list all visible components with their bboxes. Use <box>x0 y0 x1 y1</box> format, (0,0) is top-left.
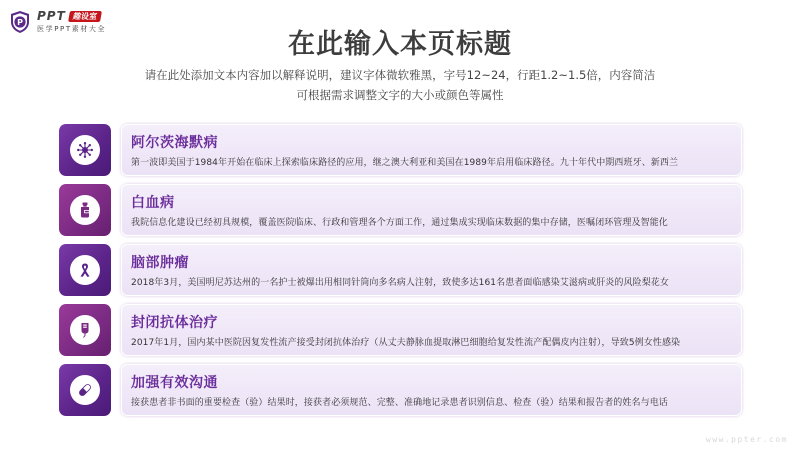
item-card: 白血病 我院信息化建设已经初具规模，覆盖医院临床、行政和管理各个方面工作，通过集… <box>121 184 742 236</box>
medicine-bottle-icon <box>76 201 94 219</box>
item-title: 加强有效沟通 <box>131 372 218 392</box>
page-subtitle: 请在此处添加文本内容加以解释说明，建议字体微软雅黑，字号12~24，行距1.2~… <box>0 65 800 105</box>
list-item: 脑部肿瘤 2018年3月，美国明尼苏达州的一名护士被爆出用相同针筒向多名病人注射… <box>59 244 742 296</box>
list-item: 封闭抗体治疗 2017年1月，国内某中医院因复发性流产接受封闭抗体治疗（从丈夫静… <box>59 304 742 356</box>
watermark: www.ppter.com <box>706 435 788 444</box>
item-text: 2017年1月，国内某中医院因复发性流产接受封闭抗体治疗（从丈夫静脉血提取淋巴细… <box>131 335 680 348</box>
item-card: 加强有效沟通 接获患者非书面的重要检查（验）结果时，接获者必须规范、完整、准确地… <box>121 364 742 416</box>
item-title: 封闭抗体治疗 <box>131 312 218 332</box>
item-title: 阿尔茨海默病 <box>131 132 218 152</box>
item-title: 脑部肿瘤 <box>131 252 189 272</box>
virus-icon <box>76 141 94 159</box>
list-item: 加强有效沟通 接获患者非书面的重要检查（验）结果时，接获者必须规范、完整、准确地… <box>59 364 742 416</box>
page-title: 在此输入本页标题 <box>0 22 800 61</box>
item-card: 脑部肿瘤 2018年3月，美国明尼苏达州的一名护士被爆出用相同针筒向多名病人注射… <box>121 244 742 296</box>
icon-tile <box>59 184 111 236</box>
subtitle-line-1: 请在此处添加文本内容加以解释说明，建议字体微软雅黑，字号12~24，行距1.2~… <box>0 65 800 85</box>
item-card: 封闭抗体治疗 2017年1月，国内某中医院因复发性流产接受封闭抗体治疗（从丈夫静… <box>121 304 742 356</box>
item-text: 2018年3月，美国明尼苏达州的一名护士被爆出用相同针筒向多名病人注射，致使多达… <box>131 275 669 288</box>
item-text: 接获患者非书面的重要检查（验）结果时，接获者必须规范、完整、准确地记录患者识别信… <box>131 395 668 408</box>
list-item: 白血病 我院信息化建设已经初具规模，覆盖医院临床、行政和管理各个方面工作，通过集… <box>59 184 742 236</box>
awareness-ribbon-icon <box>76 261 94 279</box>
capsule-pill-icon <box>76 381 94 399</box>
icon-tile <box>59 244 111 296</box>
item-card: 阿尔茨海默病 第一波即美国于1984年开始在临床上探索临床路径的应用，继之澳大利… <box>121 124 742 176</box>
item-text: 我院信息化建设已经初具规模，覆盖医院临床、行政和管理各个方面工作，通过集成实现临… <box>131 215 668 228</box>
item-title: 白血病 <box>131 192 175 212</box>
subtitle-line-2: 可根据需求调整文字的大小或颜色等属性 <box>0 85 800 105</box>
brand-badge: 趣设室 <box>68 11 102 22</box>
list-item: 阿尔茨海默病 第一波即美国于1984年开始在临床上探索临床路径的应用，继之澳大利… <box>59 124 742 176</box>
icon-tile <box>59 364 111 416</box>
iv-drip-bag-icon <box>76 321 94 339</box>
icon-tile <box>59 304 111 356</box>
icon-tile <box>59 124 111 176</box>
item-text: 第一波即美国于1984年开始在临床上探索临床路径的应用，继之澳大利亚和美国在19… <box>131 155 678 168</box>
